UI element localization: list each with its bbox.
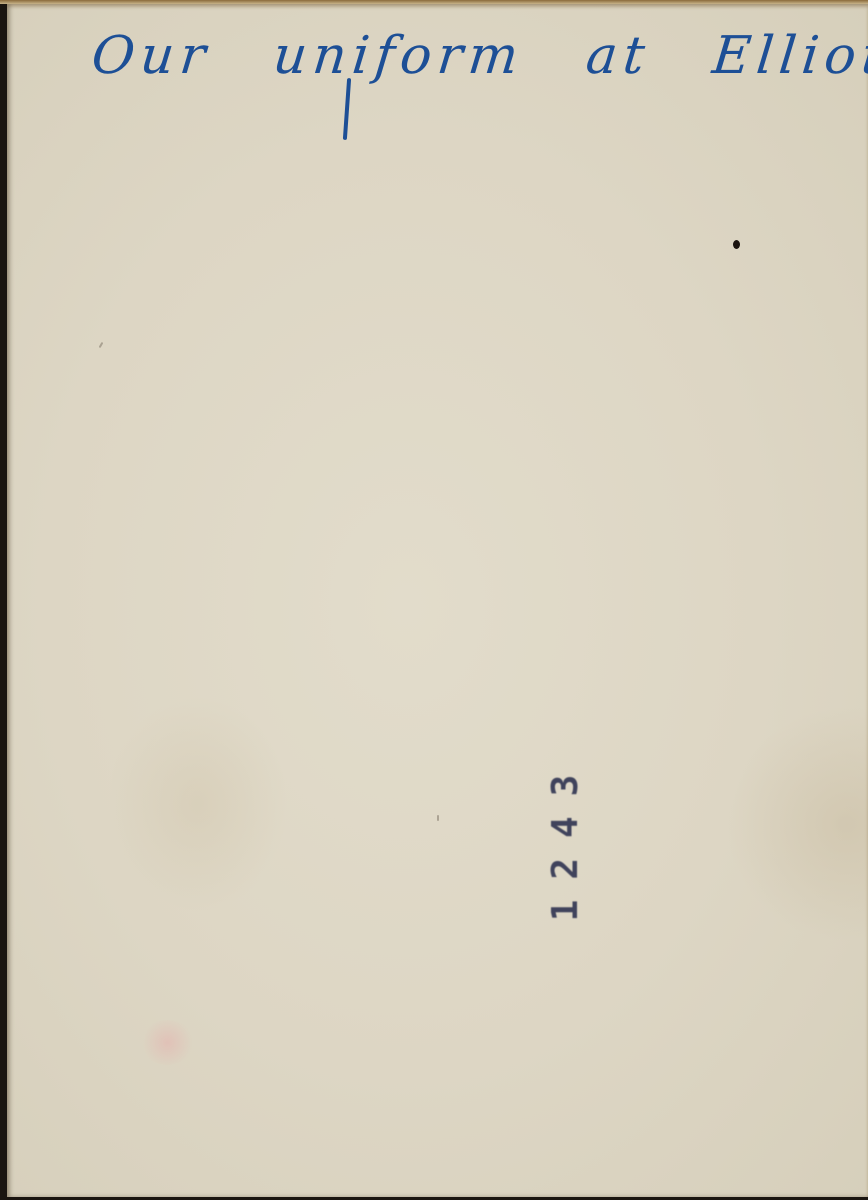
stamped-number: 1243 bbox=[545, 748, 585, 928]
photo-card-back bbox=[7, 4, 868, 1197]
ink-speck bbox=[733, 240, 740, 249]
paper-mark bbox=[437, 815, 439, 821]
pink-stain bbox=[140, 1020, 195, 1065]
scan-background: Our uniform at Elliott 1243 bbox=[0, 0, 868, 1200]
handwritten-caption: Our uniform at Elliott bbox=[89, 26, 835, 86]
